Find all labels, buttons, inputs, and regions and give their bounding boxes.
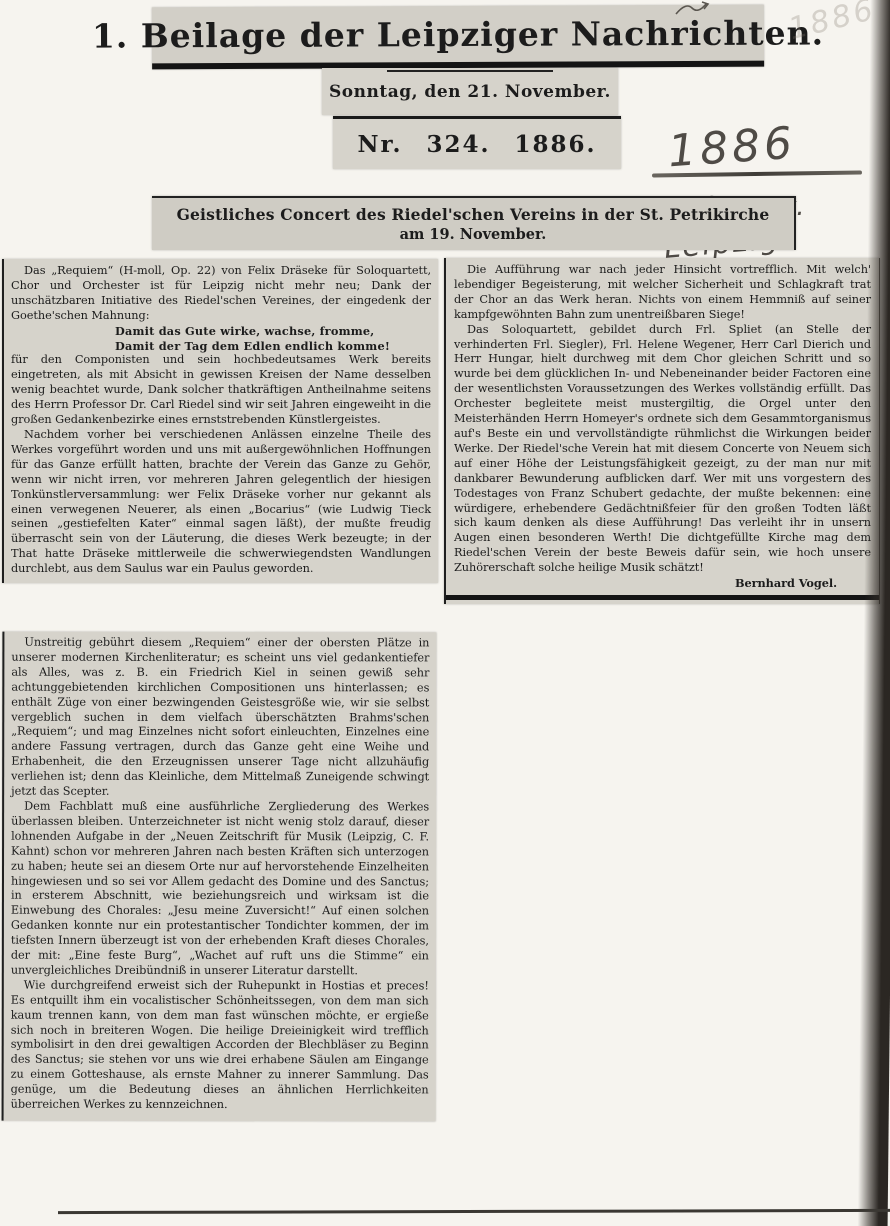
paragraph: Das Soloquartett, gebildet durch Frl. Sp…	[454, 323, 871, 576]
paragraph: Dem Fachblatt muß eine ausführliche Zerg…	[11, 800, 429, 980]
paragraph: Wie durchgreifend erweist sich der Ruhep…	[11, 978, 429, 1113]
concert-headline-line2: am 19. November.	[400, 226, 547, 243]
issue-number-clipping: Nr. 324. 1886.	[333, 116, 621, 169]
scan-bottom-line	[58, 1209, 890, 1214]
goethe-verse-line2: Damit der Tag dem Edlen endlich komme!	[11, 339, 431, 354]
archive-scan-page: 1. Beilage der Leipziger Nachrichten. 18…	[0, 0, 890, 1226]
pencil-scribble-icon	[672, 0, 712, 18]
newspaper-title: 1. Beilage der Leipziger Nachrichten.	[92, 13, 824, 55]
concert-headline-line1: Geistliches Concert des Riedel'schen Ver…	[177, 205, 770, 224]
headline-clipping: Geistliches Concert des Riedel'schen Ver…	[152, 196, 796, 250]
author-signature: Bernhard Vogel.	[454, 576, 871, 591]
paragraph: Nachdem vorher bei verschiedenen Anlässe…	[11, 428, 431, 577]
goethe-verse-line1: Damit das Gute wirke, wachse, fromme,	[11, 324, 431, 339]
handwritten-year: 1886	[666, 118, 797, 178]
scanner-edge-shadow	[858, 0, 890, 1226]
article-left-clipping-bottom: Unstreitig gebührt diesem „Requiem“ eine…	[2, 632, 437, 1122]
ghost-year-annotation: 1886	[785, 0, 879, 47]
end-rule	[446, 595, 879, 600]
issue-number: Nr. 324. 1886.	[357, 131, 596, 158]
paragraph: Unstreitig gebührt diesem „Requiem“ eine…	[11, 636, 429, 801]
paragraph: Das „Requiem“ (H-moll, Op. 22) von Felix…	[11, 264, 431, 324]
article-right-clipping: Die Aufführung war nach jeder Hinsicht v…	[444, 258, 880, 604]
article-left-clipping-top: Das „Requiem“ (H-moll, Op. 22) von Felix…	[2, 259, 438, 583]
paragraph: Die Aufführung war nach jeder Hinsicht v…	[454, 263, 871, 323]
dateline-clipping: Sonntag, den 21. November.	[322, 68, 618, 115]
paragraph: für den Componisten und sein hochbedeuts…	[11, 353, 431, 428]
publication-date: Sonntag, den 21. November.	[329, 82, 611, 102]
